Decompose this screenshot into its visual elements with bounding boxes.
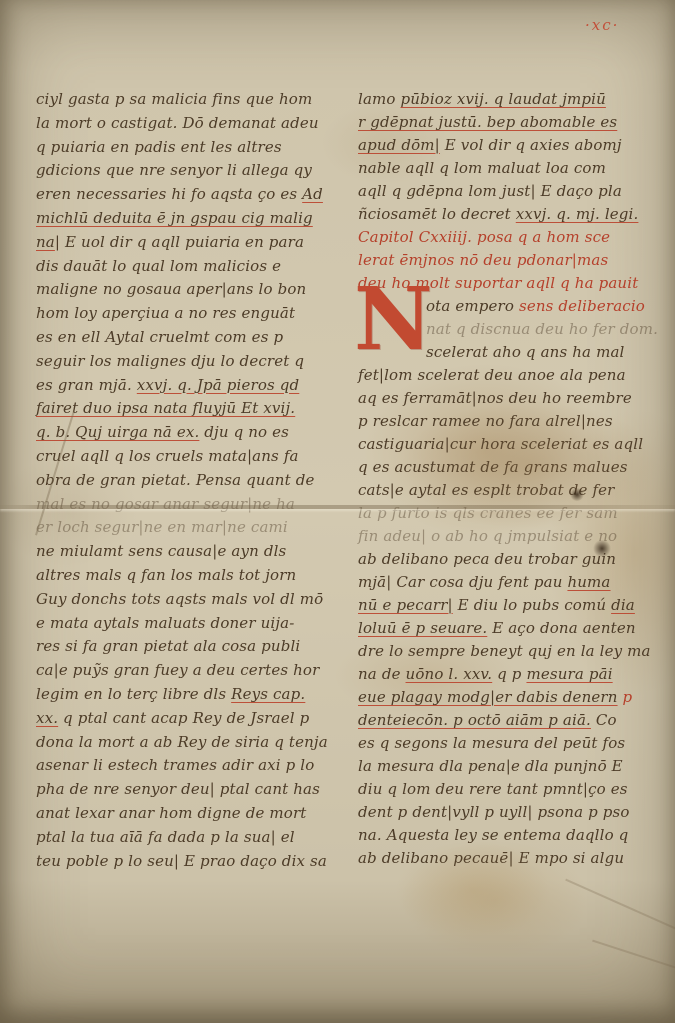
body-text: q puiaria en padis ent les altres — [36, 138, 282, 156]
manuscript-line: Guy donchs tots aqsts mals vol dl mō — [36, 588, 354, 612]
body-text: dis dauāt lo qual lom malicios e — [36, 257, 281, 275]
body-text: diu q lom deu rere tant pmnt|ço es — [358, 780, 628, 798]
rubric-text: sens deliberacio — [519, 297, 645, 315]
body-text: aqll q gdēpna lom just| E daço pla — [358, 182, 622, 200]
body-text: obra de gran pietat. Pensa quant de — [36, 471, 314, 489]
body-text: dent p dent|vyll p uyll| psona p pso — [358, 803, 630, 821]
manuscript-line: q puiaria en padis ent les altres — [36, 136, 354, 160]
body-text: maligne no gosaua aper|ans lo bon — [36, 280, 306, 298]
manuscript-line: loluū ē p seuare. E aço dona aenten — [358, 617, 664, 640]
body-text: dre lo sempre beneyt quj en la ley ma — [358, 642, 651, 660]
manuscript-line: teu poble p lo seu| E prao daço dix sa — [36, 850, 354, 874]
body-text: anat lexar anar hom digne de mort — [36, 804, 306, 822]
manuscript-line: dona la mort a ab Rey de siria q tenja — [36, 731, 354, 755]
manuscript-line: gdicions que nre senyor li allega qy — [36, 159, 354, 183]
rubric-text: p — [618, 688, 633, 706]
manuscript-line: fairet duo ipsa nata fluyjū Et xvij. — [36, 397, 354, 421]
body-text: loluū ē p seuare. — [358, 619, 487, 637]
body-text: na — [36, 233, 55, 251]
manuscript-line: res si fa gran pietat ala cosa publi — [36, 635, 354, 659]
body-text: gdicions que nre senyor li allega qy — [36, 161, 312, 179]
body-text: ab delibano peca deu trobar guin — [358, 550, 616, 568]
ink-blot — [593, 540, 611, 557]
body-text: Ad — [302, 185, 323, 203]
body-text: denteiecōn. p octō aiām p aiā. — [358, 711, 591, 729]
body-text: res si fa gran pietat ala cosa publi — [36, 637, 300, 655]
body-text: hom loy aperçiua a no res enguāt — [36, 304, 295, 322]
manuscript-line: es gran mjā. xxvj. q. Jpā pieros qd — [36, 374, 354, 398]
left-text-column: ciyl gasta p sa malicia fins que homla m… — [36, 88, 354, 873]
manuscript-page: ·xc· ciyl gasta p sa malicia fins que ho… — [0, 0, 675, 1023]
body-text: lamo — [358, 90, 401, 108]
stain — [400, 840, 590, 960]
manuscript-line: la mort o castigat. Dō demanat adeu — [36, 112, 354, 136]
manuscript-line: anat lexar anar hom digne de mort — [36, 802, 354, 826]
body-text: legim en lo terç libre dls — [36, 685, 231, 703]
body-text: scelerat aho q ans ha mal — [426, 343, 625, 361]
body-text: dona la mort a ab Rey de siria q tenja — [36, 733, 328, 751]
body-text: dia — [611, 596, 635, 614]
body-text: er loch segur|ne en mar|ne cami — [36, 518, 288, 536]
manuscript-line: maligne no gosaua aper|ans lo bon — [36, 278, 354, 302]
body-text: e mata aytals maluats doner uija- — [36, 614, 294, 632]
manuscript-line: aqll q gdēpna lom just| E daço pla — [358, 180, 664, 203]
manuscript-line: diu q lom deu rere tant pmnt|ço es — [358, 778, 664, 801]
manuscript-line: ca|e puỹs gran fuey a deu certes hor — [36, 659, 354, 683]
body-text: teu poble p lo seu| E prao daço dix sa — [36, 852, 327, 870]
manuscript-line: lamo pūbioz xvij. q laudat jmpiū — [358, 88, 664, 111]
body-text: dju q no es — [199, 423, 289, 441]
body-text: ota empero — [426, 297, 519, 315]
body-text: nū e pecarr| — [358, 596, 453, 614]
manuscript-line: na| E uol dir q aqll puiaria en para — [36, 231, 354, 255]
body-text: la mort o castigat. Dō demanat adeu — [36, 114, 319, 132]
manuscript-line: dis dauāt lo qual lom malicios e — [36, 255, 354, 279]
body-text: q p — [492, 665, 526, 683]
body-text: | E uol dir q aqll puiaria en para — [55, 233, 304, 251]
body-text: es q segons la mesura del peūt fos — [358, 734, 625, 752]
manuscript-line: ñciosamēt lo decret xxvj. q. mj. legi. — [358, 203, 664, 226]
body-text: es en ell Aytal cruelmt com es p — [36, 328, 283, 346]
body-text: xx. — [36, 709, 58, 727]
body-text: la mesura dla pena|e dla punjnō E — [358, 757, 623, 775]
manuscript-line: er loch segur|ne en mar|ne cami — [36, 516, 354, 540]
manuscript-line: cruel aqll q los cruels mata|ans fa — [36, 445, 354, 469]
body-text: fin adeu| o ab ho q jmpulsiat e no — [358, 527, 617, 545]
body-text: Reys cap. — [231, 685, 305, 703]
body-text: na de — [358, 665, 406, 683]
body-text: mal es no gosar anar segur|ne ha — [36, 495, 295, 513]
manuscript-line: nable aqll q lom maluat loa com — [358, 157, 664, 180]
body-text: ciyl gasta p sa malicia fins que hom — [36, 90, 312, 108]
manuscript-line: ptal la tua aīā fa dada p la sua| el — [36, 826, 354, 850]
body-text: ptal la tua aīā fa dada p la sua| el — [36, 828, 295, 846]
manuscript-line: dent p dent|vyll p uyll| psona p pso — [358, 801, 664, 824]
body-text: eue plagay modg|er dabis denern — [358, 688, 618, 706]
manuscript-line: la mesura dla pena|e dla punjnō E — [358, 755, 664, 778]
manuscript-line: michlū deduita ē jn gspau cig malig — [36, 207, 354, 231]
body-text: pha de nre senyor deu| ptal cant has — [36, 780, 320, 798]
manuscript-line: altres mals q fan los mals tot jorn — [36, 564, 354, 588]
manuscript-line: q. b. Quj uirga nā ex. dju q no es — [36, 421, 354, 445]
body-text: es gran mjā. — [36, 376, 137, 394]
body-text: altres mals q fan los mals tot jorn — [36, 566, 296, 584]
wrinkle-line — [592, 940, 675, 973]
manuscript-line: nū e pecarr| E diu lo pubs comú dia — [358, 594, 664, 617]
manuscript-line: nat q discnua deu ho fer dom. — [358, 318, 664, 341]
manuscript-line: xx. q ptal cant acap Rey de Jsrael p — [36, 707, 354, 731]
body-text: huma — [567, 573, 610, 591]
manuscript-line: denteiecōn. p octō aiām p aiā. Co — [358, 709, 664, 732]
body-text: apud dōm| — [358, 136, 440, 154]
body-text: xxvj. q. Jpā pieros qd — [137, 376, 300, 394]
body-text: seguir los malignes dju lo decret q — [36, 352, 304, 370]
manuscript-line: mjā| Car cosa dju fent pau huma — [358, 571, 664, 594]
body-text: xxvj. q. mj. legi. — [516, 205, 639, 223]
body-text: uōno l. xxv. — [406, 665, 493, 683]
body-text: asenar li estech trames adir axi p lo — [36, 756, 314, 774]
body-text: q ptal cant acap Rey de Jsrael p — [58, 709, 309, 727]
folio-mark: ·xc· — [585, 16, 619, 34]
manuscript-line: eren necessaries hi fo aqsta ço es Ad — [36, 183, 354, 207]
body-text: E diu lo pubs comú — [453, 596, 611, 614]
manuscript-line: ab delibano peca deu trobar guin — [358, 548, 664, 571]
body-text: E aço dona aenten — [487, 619, 635, 637]
rubric-text: Capitol Cxxiiij. posa q a hom sce — [358, 228, 610, 246]
manuscript-line: pha de nre senyor deu| ptal cant has — [36, 778, 354, 802]
body-text: nable aqll q lom maluat loa com — [358, 159, 606, 177]
body-text: Guy donchs tots aqsts mals vol dl mō — [36, 590, 323, 608]
manuscript-line: e mata aytals maluats doner uija- — [36, 612, 354, 636]
manuscript-line: ciyl gasta p sa malicia fins que hom — [36, 88, 354, 112]
body-text: r gdēpnat justū. bep abomable es — [358, 113, 617, 131]
body-text: eren necessaries hi fo aqsta ço es — [36, 185, 302, 203]
manuscript-line: dre lo sempre beneyt quj en la ley ma — [358, 640, 664, 663]
manuscript-line: obra de gran pietat. Pensa quant de — [36, 469, 354, 493]
body-text: nat q discnua deu ho fer dom. — [426, 320, 658, 338]
manuscript-line: apud dōm| E vol dir q axies abomj — [358, 134, 664, 157]
body-text: q. b. Quj uirga nā ex. — [36, 423, 199, 441]
stain — [400, 400, 660, 530]
body-text: michlū deduita ē jn gspau cig malig — [36, 209, 313, 227]
manuscript-line: es en ell Aytal cruelmt com es p — [36, 326, 354, 350]
body-text: ne miulamt sens causa|e ayn dls — [36, 542, 286, 560]
manuscript-line: es q segons la mesura del peūt fos — [358, 732, 664, 755]
body-text: ca|e puỹs gran fuey a deu certes hor — [36, 661, 319, 679]
body-text: mjā| Car cosa dju fent pau — [358, 573, 567, 591]
manuscript-line: seguir los malignes dju lo decret q — [36, 350, 354, 374]
rubric-text: lerat ēmjnos nō deu pdonar|mas — [358, 251, 608, 269]
manuscript-line: eue plagay modg|er dabis denern p — [358, 686, 664, 709]
manuscript-line: asenar li estech trames adir axi p lo — [36, 754, 354, 778]
body-text: ñciosamēt lo decret — [358, 205, 516, 223]
body-text: fairet duo ipsa nata fluyjū Et xvij. — [36, 399, 295, 417]
manuscript-line: r gdēpnat justū. bep abomable es — [358, 111, 664, 134]
body-text: cruel aqll q los cruels mata|ans fa — [36, 447, 299, 465]
body-text: mesura pāi — [526, 665, 612, 683]
body-text: pūbioz xvij. q laudat jmpiū — [401, 90, 606, 108]
body-text: Co — [591, 711, 617, 729]
body-text: E vol dir q axies abomj — [440, 136, 622, 154]
manuscript-line: hom loy aperçiua a no res enguāt — [36, 302, 354, 326]
manuscript-line: legim en lo terç libre dls Reys cap. — [36, 683, 354, 707]
manuscript-line: na de uōno l. xxv. q p mesura pāi — [358, 663, 664, 686]
manuscript-line: Capitol Cxxiiij. posa q a hom sce — [358, 226, 664, 249]
manuscript-line: ne miulamt sens causa|e ayn dls — [36, 540, 354, 564]
